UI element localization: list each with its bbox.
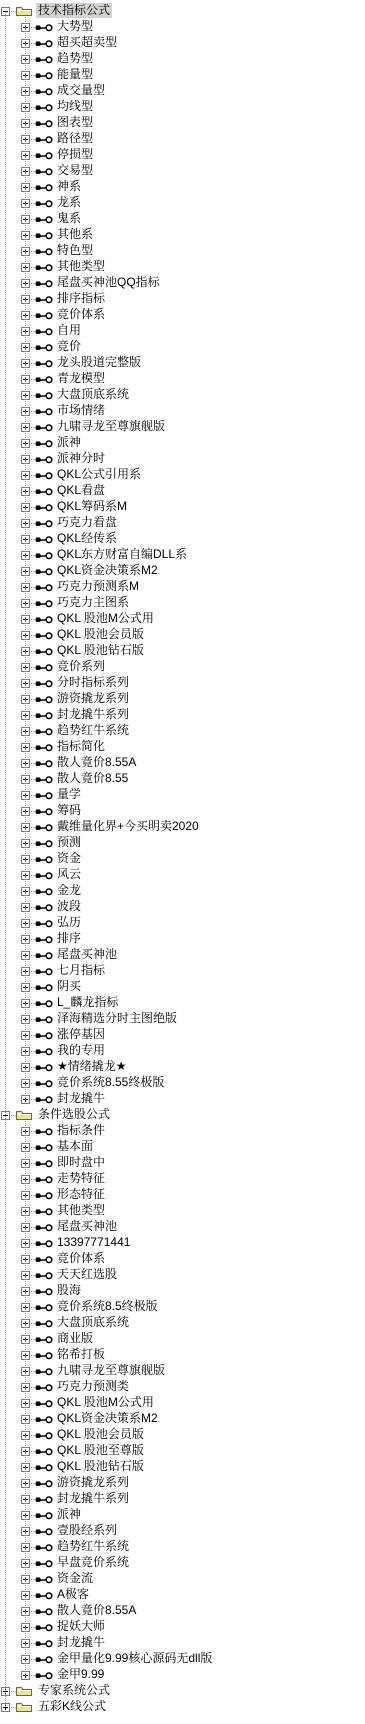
tree-item[interactable]: 尾盘买神池: [0, 947, 365, 963]
tree-item[interactable]: 指标简化: [0, 739, 365, 755]
key-icon: [35, 1478, 53, 1492]
tree-item-label[interactable]: 趋势红牛系统: [55, 1539, 131, 1554]
tree-item-label[interactable]: 尾盘买神池QQ指标: [55, 275, 162, 290]
tree-item[interactable]: 指标条件: [0, 1123, 365, 1139]
tree-root-label[interactable]: 五彩K线公式: [36, 1699, 108, 1714]
key-icon: [35, 1126, 53, 1140]
tree-item[interactable]: 大盘顶底系统: [0, 387, 365, 403]
tree-item[interactable]: 散人竟价8.55A: [0, 1603, 365, 1619]
tree-item-label[interactable]: 即时盘中: [55, 1155, 107, 1170]
tree-item-label[interactable]: 早盘竞价系统: [55, 1555, 131, 1570]
tree-item-label[interactable]: 封龙撬牛系列: [55, 707, 131, 722]
tree-item[interactable]: 七月指标: [0, 963, 365, 979]
tree-item[interactable]: 早盘竞价系统: [0, 1555, 365, 1571]
tree-item-label[interactable]: 金甲量化9.99核心源码无dll版: [55, 1651, 214, 1666]
tree-item-label[interactable]: 大盘顶底系统: [55, 387, 131, 402]
tree-item[interactable]: QKL筹码系M: [0, 499, 365, 515]
tree-item[interactable]: 派神分时: [0, 451, 365, 467]
tree-item-label[interactable]: QKL资金决策系M2: [55, 563, 160, 578]
tree-item-label[interactable]: 基本面: [55, 1139, 95, 1154]
tree-item-label[interactable]: 金龙: [55, 883, 83, 898]
tree-item[interactable]: 巧克力预测类: [0, 1379, 365, 1395]
tree-item[interactable]: 竞价系列: [0, 659, 365, 675]
tree-item-label[interactable]: 天天红选股: [55, 1267, 119, 1282]
key-icon: [35, 630, 53, 644]
tree-item[interactable]: 巧克力主图系: [0, 595, 365, 611]
tree-item-label[interactable]: 巧克力预测系M: [55, 579, 141, 594]
tree-item-label[interactable]: 其他系: [55, 227, 95, 242]
key-icon: [35, 886, 53, 900]
tree-item[interactable]: 量学: [0, 787, 365, 803]
key-icon: [35, 294, 53, 308]
tree-item-label[interactable]: 走势特征: [55, 1171, 107, 1186]
key-icon: [35, 342, 53, 356]
tree-item-label[interactable]: 龙系: [55, 195, 83, 210]
tree-item[interactable]: 其他类型: [0, 259, 365, 275]
tree-item-label[interactable]: 风云: [55, 867, 83, 882]
tree-item-label[interactable]: 派神: [55, 1507, 83, 1522]
tree-item-label[interactable]: 九啸寻龙至尊旗舰版: [55, 419, 167, 434]
key-icon: [35, 374, 53, 388]
tree-item-label[interactable]: 捉妖大师: [55, 1619, 107, 1634]
tree-item[interactable]: 巧克力看盘: [0, 515, 365, 531]
key-icon: [35, 934, 53, 948]
tree-item-label[interactable]: 九啸寻龙至尊旗舰版: [55, 1363, 167, 1378]
tree-item[interactable]: 风云: [0, 867, 365, 883]
tree-item-label[interactable]: 能量型: [55, 67, 95, 82]
tree-item[interactable]: 均线型: [0, 99, 365, 115]
folder-icon: [15, 1701, 33, 1716]
tree-item-label[interactable]: 阴买: [55, 979, 83, 994]
key-icon: [35, 1062, 53, 1076]
tree-item[interactable]: 戴维量化界+今买明卖2020: [0, 819, 365, 835]
tree-item[interactable]: 排序指标: [0, 291, 365, 307]
tree-item[interactable]: 大势型: [0, 19, 365, 35]
tree-item[interactable]: 分时指标系列: [0, 675, 365, 691]
tree-item[interactable]: 泽海精选分时主图绝版: [0, 1011, 365, 1027]
tree-item-label[interactable]: 成交量型: [55, 83, 107, 98]
tree-item[interactable]: 神系: [0, 179, 365, 195]
tree-item-label[interactable]: 商业版: [55, 1331, 95, 1346]
tree-item[interactable]: 派神: [0, 435, 365, 451]
tree-item-label[interactable]: 游资撬龙系列: [55, 1475, 131, 1490]
tree-item-label[interactable]: 散人竟价8.55: [55, 771, 130, 786]
tree-item-label[interactable]: 七月指标: [55, 963, 107, 978]
key-icon: [35, 518, 53, 532]
tree-item-label[interactable]: 青龙模型: [55, 371, 107, 386]
tree-item[interactable]: 封龙撬牛系列: [0, 1491, 365, 1507]
key-icon: [35, 806, 53, 820]
key-icon: [35, 582, 53, 596]
key-icon: [35, 358, 53, 372]
key-icon: [35, 1414, 53, 1428]
tree-item-label[interactable]: 壹股经系列: [55, 1523, 119, 1538]
tree-item[interactable]: 竞价体系: [0, 1251, 365, 1267]
key-icon: [35, 422, 53, 436]
tree-item[interactable]: 资金: [0, 851, 365, 867]
tree-item[interactable]: 九啸寻龙至尊旗舰版: [0, 1363, 365, 1379]
tree-item-label[interactable]: 封龙撬牛: [55, 1091, 107, 1106]
tree-item-label[interactable]: QKL 股池M公式用: [55, 1395, 156, 1410]
tree-item[interactable]: 竞价体系: [0, 307, 365, 323]
key-icon: [35, 854, 53, 868]
key-icon: [35, 1174, 53, 1188]
key-icon: [35, 1190, 53, 1204]
tree-item[interactable]: 尾盘买神池QQ指标: [0, 275, 365, 291]
tree-item[interactable]: 散人竟价8.55A: [0, 755, 365, 771]
tree-item-label[interactable]: 鬼系: [55, 211, 83, 226]
tree-item[interactable]: 阴买: [0, 979, 365, 995]
tree-item-label[interactable]: 神系: [55, 179, 83, 194]
key-icon: [35, 1302, 53, 1316]
key-icon: [35, 454, 53, 468]
tree-item[interactable]: 超买超卖型: [0, 35, 365, 51]
key-icon: [35, 150, 53, 164]
key-icon: [35, 1590, 53, 1604]
tree-item[interactable]: 我的专用: [0, 1043, 365, 1059]
tree-item-label[interactable]: QKL 股池M公式用: [55, 611, 156, 626]
tree-item-label[interactable]: 我的专用: [55, 1043, 107, 1058]
tree-item-label[interactable]: 大盘顶底系统: [55, 1315, 131, 1330]
tree-root-label[interactable]: 技术指标公式: [36, 3, 112, 18]
key-icon: [35, 1622, 53, 1636]
tree-item[interactable]: 资金流: [0, 1571, 365, 1587]
tree-item-label[interactable]: 竞价系列: [55, 659, 107, 674]
key-icon: [35, 486, 53, 500]
tree-item[interactable]: 波段: [0, 899, 365, 915]
tree-item[interactable]: 其他系: [0, 227, 365, 243]
tree-item-label[interactable]: 其他类型: [55, 1203, 107, 1218]
tree-item[interactable]: A极客: [0, 1587, 365, 1603]
tree-item[interactable]: 派神: [0, 1507, 365, 1523]
tree-item[interactable]: 趋势型: [0, 51, 365, 67]
tree-item[interactable]: 排序: [0, 931, 365, 947]
tree-item-label[interactable]: 龙头股道完整版: [55, 355, 143, 370]
tree-item[interactable]: 即时盘中: [0, 1155, 365, 1171]
key-icon: [35, 262, 53, 276]
tree-item-label[interactable]: QKL 股池至尊版: [55, 1443, 146, 1458]
tree-item-label[interactable]: 竞价: [55, 339, 83, 354]
tree-item[interactable]: 巧克力预测系M: [0, 579, 365, 595]
tree-item[interactable]: 封龙撬牛系列: [0, 707, 365, 723]
tree-root-label[interactable]: 专家系统公式: [36, 1683, 112, 1698]
key-icon: [35, 1606, 53, 1620]
tree-item[interactable]: 竞价系统8.55终极版: [0, 1075, 365, 1091]
tree-item[interactable]: 涨停基因: [0, 1027, 365, 1043]
key-icon: [35, 598, 53, 612]
key-icon: [35, 166, 53, 180]
tree-connector-line: [5, 12, 6, 1708]
tree-item[interactable]: QKL 股池会员版: [0, 1427, 365, 1443]
tree-item-label[interactable]: 指标简化: [55, 739, 107, 754]
tree-item[interactable]: 大盘顶底系统: [0, 1315, 365, 1331]
tree-item-label[interactable]: 波段: [55, 899, 83, 914]
tree-item[interactable]: 封龙撬牛: [0, 1091, 365, 1107]
tree-item[interactable]: 股海: [0, 1283, 365, 1299]
key-icon: [35, 614, 53, 628]
tree-item[interactable]: 九啸寻龙至尊旗舰版: [0, 419, 365, 435]
key-icon: [35, 214, 53, 228]
tree-item-label[interactable]: 泽海精选分时主图绝版: [55, 1011, 179, 1026]
key-icon: [35, 550, 53, 564]
key-icon: [35, 1094, 53, 1108]
tree-item-label[interactable]: 巧克力预测类: [55, 1379, 131, 1394]
key-icon: [35, 86, 53, 100]
tree-item[interactable]: 预测: [0, 835, 365, 851]
tree-item-label[interactable]: 大势型: [55, 19, 95, 34]
tree-item[interactable]: 商业版: [0, 1331, 365, 1347]
tree-item-label[interactable]: 资金流: [55, 1571, 95, 1586]
key-icon: [35, 646, 53, 660]
tree-item[interactable]: 散人竟价8.55: [0, 771, 365, 787]
tree-item-label[interactable]: 尾盘买神池: [55, 947, 119, 962]
tree-connector-line: [25, 17, 26, 1100]
tree-item-label[interactable]: 派神: [55, 435, 83, 450]
tree-connector-line: [25, 1121, 26, 1676]
tree-item-label[interactable]: 图表型: [55, 115, 95, 130]
tree-item[interactable]: 趋势红牛系统: [0, 723, 365, 739]
key-icon: [35, 1270, 53, 1284]
key-icon: [35, 1558, 53, 1572]
tree-item[interactable]: QKL公式引用系: [0, 467, 365, 483]
tree-item-label[interactable]: QKL 股池钻石版: [55, 643, 146, 658]
tree-item-label[interactable]: 散人竟价8.55A: [55, 755, 138, 770]
tree-item[interactable]: 弘历: [0, 915, 365, 931]
tree-item[interactable]: 13397771441: [0, 1235, 365, 1251]
key-icon: [35, 902, 53, 916]
key-icon: [35, 438, 53, 452]
tree-item-label[interactable]: 散人竟价8.55A: [55, 1603, 138, 1618]
tree-item-label[interactable]: 派神分时: [55, 451, 107, 466]
tree-item-label[interactable]: 金甲9.99: [55, 1667, 106, 1682]
key-icon: [35, 182, 53, 196]
key-icon: [35, 1334, 53, 1348]
tree-item-label[interactable]: QKL东方财富自编DLL系: [55, 547, 189, 562]
tree-item[interactable]: 停损型: [0, 147, 365, 163]
key-icon: [35, 566, 53, 580]
tree-item-label[interactable]: 停损型: [55, 147, 95, 162]
tree-item-label[interactable]: ★情绪撬龙★: [55, 1059, 129, 1074]
tree-item-label[interactable]: 竞价体系: [55, 307, 107, 322]
tree-item[interactable]: 游资撬龙系列: [0, 691, 365, 707]
tree-item[interactable]: QKL资金决策系M2: [0, 563, 365, 579]
key-icon: [35, 1046, 53, 1060]
key-icon: [35, 1382, 53, 1396]
tree-item-label[interactable]: 封龙撬牛: [55, 1635, 107, 1650]
tree-item[interactable]: ★情绪撬龙★: [0, 1059, 365, 1075]
tree-item[interactable]: QKL 股池M公式用: [0, 1395, 365, 1411]
tree-root-item[interactable]: 技术指标公式: [0, 3, 365, 19]
tree-item[interactable]: 成交量型: [0, 83, 365, 99]
tree-item-label[interactable]: QKL 股池会员版: [55, 627, 146, 642]
key-icon: [35, 470, 53, 484]
key-icon: [35, 1510, 53, 1524]
key-icon: [35, 198, 53, 212]
tree-item-label[interactable]: 趋势型: [55, 51, 95, 66]
tree-item-label[interactable]: 自用: [55, 323, 83, 338]
tree-item-label[interactable]: 巧克力看盘: [55, 515, 119, 530]
tree-root-item[interactable]: 专家系统公式: [0, 1683, 365, 1699]
tree-item[interactable]: 其他类型: [0, 1203, 365, 1219]
tree-item[interactable]: 能量型: [0, 67, 365, 83]
tree-item[interactable]: 金甲9.99: [0, 1667, 365, 1683]
key-icon: [35, 1158, 53, 1172]
tree-item-label[interactable]: 竞价系统8.5终极版: [55, 1299, 160, 1314]
tree-item[interactable]: QKL资金决策系M2: [0, 1411, 365, 1427]
key-icon: [35, 982, 53, 996]
key-icon: [35, 1430, 53, 1444]
key-icon: [35, 870, 53, 884]
tree-item[interactable]: 特色型: [0, 243, 365, 259]
tree-item[interactable]: 竞价系统8.5终极版: [0, 1299, 365, 1315]
tree-item-label[interactable]: QKL公式引用系: [55, 467, 143, 482]
tree-item-label[interactable]: 涨停基因: [55, 1027, 107, 1042]
key-icon: [35, 758, 53, 772]
tree-item-label[interactable]: 指标条件: [55, 1123, 107, 1138]
tree-item[interactable]: 壹股经系列: [0, 1523, 365, 1539]
tree-item[interactable]: QKL经传系: [0, 531, 365, 547]
tree-item-label[interactable]: 特色型: [55, 243, 95, 258]
tree-item-label[interactable]: QKL看盘: [55, 483, 107, 498]
tree-item[interactable]: 市场情绪: [0, 403, 365, 419]
tree-item[interactable]: 形态特征: [0, 1187, 365, 1203]
tree-item[interactable]: 基本面: [0, 1139, 365, 1155]
tree-item[interactable]: 龙系: [0, 195, 365, 211]
tree-item-label[interactable]: QKL 股池会员版: [55, 1427, 146, 1442]
key-icon: [35, 1254, 53, 1268]
tree-item-label[interactable]: 其他类型: [55, 259, 107, 274]
tree-item-label[interactable]: 13397771441: [55, 1235, 132, 1250]
tree-item-label[interactable]: 趋势红牛系统: [55, 723, 131, 738]
tree-item[interactable]: 天天红选股: [0, 1267, 365, 1283]
key-icon: [35, 950, 53, 964]
key-icon: [35, 1494, 53, 1508]
tree-item-label[interactable]: 排序指标: [55, 291, 107, 306]
key-icon: [35, 1030, 53, 1044]
tree-item[interactable]: 鬼系: [0, 211, 365, 227]
folder-icon: [15, 1685, 33, 1700]
tree-item-label[interactable]: 排序: [55, 931, 83, 946]
key-icon: [35, 406, 53, 420]
tree-item-label[interactable]: 巧克力主图系: [55, 595, 131, 610]
tree-item-label[interactable]: QKL经传系: [55, 531, 119, 546]
tree-item-label[interactable]: A极客: [55, 1587, 91, 1602]
key-icon: [35, 742, 53, 756]
key-icon: [35, 390, 53, 404]
tree-item-label[interactable]: L_麟龙指标: [55, 995, 120, 1010]
tree-item[interactable]: 封龙撬牛: [0, 1635, 365, 1651]
tree-item-label[interactable]: 封龙撬牛系列: [55, 1491, 131, 1506]
key-icon: [35, 118, 53, 132]
tree-item[interactable]: QKL 股池至尊版: [0, 1443, 365, 1459]
tree-item-label[interactable]: QKL资金决策系M2: [55, 1411, 160, 1426]
key-icon: [35, 134, 53, 148]
tree-item-label[interactable]: 均线型: [55, 99, 95, 114]
tree-item-label[interactable]: 分时指标系列: [55, 675, 131, 690]
tree-item[interactable]: 尾盘买神池: [0, 1219, 365, 1235]
tree-item-label[interactable]: 资金: [55, 851, 83, 866]
key-icon: [35, 790, 53, 804]
tree-item[interactable]: 捉妖大师: [0, 1619, 365, 1635]
folder-icon: [15, 1109, 33, 1124]
tree-item[interactable]: 筹码: [0, 803, 365, 819]
key-icon: [35, 1318, 53, 1332]
key-icon: [35, 1654, 53, 1668]
tree-item[interactable]: QKL 股池M公式用: [0, 611, 365, 627]
tree-item-label[interactable]: 筹码: [55, 803, 83, 818]
key-icon: [35, 310, 53, 324]
tree-item-label[interactable]: 尾盘买神池: [55, 1219, 119, 1234]
tree-item-label[interactable]: 超买超卖型: [55, 35, 119, 50]
tree-item[interactable]: 交易型: [0, 163, 365, 179]
tree-item-label[interactable]: 铭希打板: [55, 1347, 107, 1362]
key-icon: [35, 278, 53, 292]
key-icon: [35, 1206, 53, 1220]
key-icon: [35, 838, 53, 852]
tree-item[interactable]: QKL东方财富自编DLL系: [0, 547, 365, 563]
tree-item-label[interactable]: QKL筹码系M: [55, 499, 129, 514]
tree-item-label[interactable]: 市场情绪: [55, 403, 107, 418]
key-icon: [35, 774, 53, 788]
tree-item-label[interactable]: 股海: [55, 1283, 83, 1298]
folder-icon: [15, 5, 33, 20]
tree-item[interactable]: QKL看盘: [0, 483, 365, 499]
tree-item[interactable]: 走势特征: [0, 1171, 365, 1187]
tree-item-label[interactable]: 交易型: [55, 163, 95, 178]
key-icon: [35, 710, 53, 724]
tree-item[interactable]: 图表型: [0, 115, 365, 131]
tree-item[interactable]: QKL 股池钻石版: [0, 643, 365, 659]
key-icon: [35, 1446, 53, 1460]
tree-item[interactable]: 青龙模型: [0, 371, 365, 387]
tree-item[interactable]: QKL 股池会员版: [0, 627, 365, 643]
tree-root-label[interactable]: 条件选股公式: [36, 1107, 112, 1122]
tree-item[interactable]: QKL 股池钻石版: [0, 1459, 365, 1475]
tree-item-label[interactable]: QKL 股池钻石版: [55, 1459, 146, 1474]
tree-item[interactable]: 金甲量化9.99核心源码无dll版: [0, 1651, 365, 1667]
tree-item-label[interactable]: 游资撬龙系列: [55, 691, 131, 706]
tree-item[interactable]: 龙头股道完整版: [0, 355, 365, 371]
tree-item-label[interactable]: 路径型: [55, 131, 95, 146]
formula-tree: 技术指标公式大势型超买超卖型趋势型能量型成交量型均线型图表型路径型停损型交易型神…: [0, 0, 365, 1724]
tree-item-label[interactable]: 预测: [55, 835, 83, 850]
key-icon: [35, 1462, 53, 1476]
key-icon: [35, 1238, 53, 1252]
tree-item[interactable]: 竞价: [0, 339, 365, 355]
tree-item-label[interactable]: 形态特征: [55, 1187, 107, 1202]
tree-item[interactable]: 自用: [0, 323, 365, 339]
tree-root-item[interactable]: 五彩K线公式: [0, 1699, 365, 1715]
tree-item-label[interactable]: 弘历: [55, 915, 83, 930]
key-icon: [35, 694, 53, 708]
tree-item[interactable]: 铭希打板: [0, 1347, 365, 1363]
tree-item-label[interactable]: 戴维量化界+今买明卖2020: [55, 819, 201, 834]
key-icon: [35, 1078, 53, 1092]
key-icon: [35, 998, 53, 1012]
key-icon: [35, 246, 53, 260]
tree-item-label[interactable]: 竞价系统8.55终极版: [55, 1075, 166, 1090]
tree-item[interactable]: 路径型: [0, 131, 365, 147]
tree-item[interactable]: 游资撬龙系列: [0, 1475, 365, 1491]
tree-root-item[interactable]: 条件选股公式: [0, 1107, 365, 1123]
tree-item[interactable]: L_麟龙指标: [0, 995, 365, 1011]
tree-item[interactable]: 金龙: [0, 883, 365, 899]
tree-item-label[interactable]: 量学: [55, 787, 83, 802]
key-icon: [35, 966, 53, 980]
tree-item-label[interactable]: 竞价体系: [55, 1251, 107, 1266]
key-icon: [35, 1286, 53, 1300]
tree-item[interactable]: 趋势红牛系统: [0, 1539, 365, 1555]
